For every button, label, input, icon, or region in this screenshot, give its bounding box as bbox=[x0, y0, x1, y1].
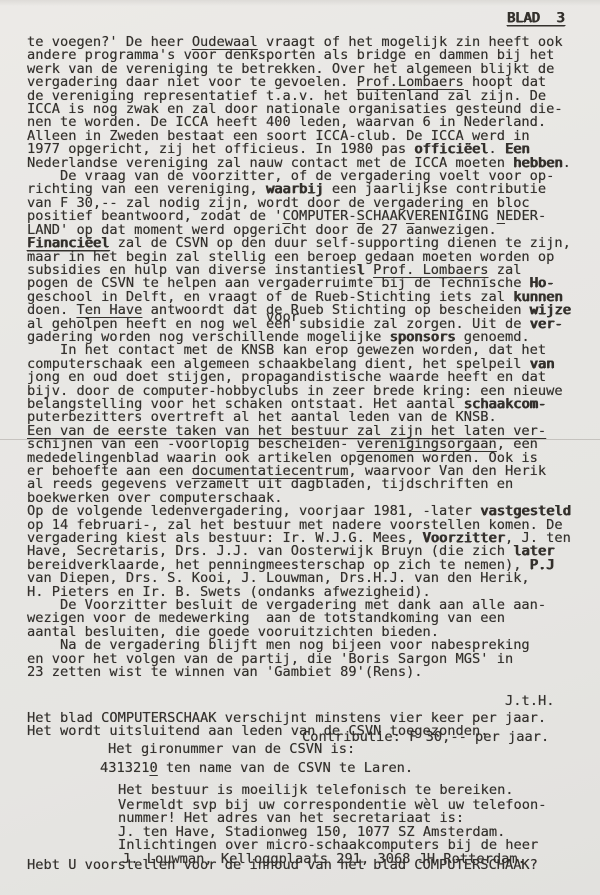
text-line: Het bestuur is moeilijk telefonisch te b… bbox=[0, 784, 600, 797]
text-line: 23 zetten wist te winnen van 'Gambiet 89… bbox=[0, 666, 600, 679]
text-segment: 431321 bbox=[100, 760, 149, 776]
text-line: Het gironummer van de CSVN is: bbox=[0, 743, 600, 756]
text-segment: Hebt U voorstellen voor de inhoud van he… bbox=[27, 857, 538, 873]
page-number: BLAD 3 bbox=[507, 11, 565, 25]
text-segment: . bbox=[563, 155, 571, 171]
text-segment: ten name van de CSVN te Laren. bbox=[158, 760, 413, 776]
text-line: Het wordt uitsluitend aan leden van de C… bbox=[0, 725, 600, 738]
text-segment: 23 zetten wist te winnen van 'Gambiet 89… bbox=[27, 664, 423, 680]
text-line: J.t.H. bbox=[0, 695, 600, 708]
text-line: 4313210 ten name van de CSVN te Laren. bbox=[0, 762, 600, 775]
text-line: Hebt U voorstellen voor de inhoud van he… bbox=[0, 859, 600, 872]
text-segment: Het bestuur is moeilijk telefonisch te b… bbox=[118, 782, 514, 798]
document-body: te voegen?' De heer Oudewaal vraagt of h… bbox=[0, 36, 600, 872]
document-page: BLAD 3 te voegen?' De heer Oudewaal vraa… bbox=[0, 0, 600, 895]
underlined-text: N bbox=[497, 208, 505, 224]
text-segment: J.t.H. bbox=[505, 693, 554, 709]
text-segment: ver- bbox=[530, 316, 563, 332]
text-segment: Het gironummer van de CSVN is: bbox=[108, 741, 355, 757]
text-segment: P.J bbox=[530, 557, 555, 573]
underlined-text: 0 bbox=[149, 760, 157, 776]
scan-edge-shadow bbox=[0, 0, 600, 6]
text-segment: EDER- bbox=[505, 208, 546, 224]
